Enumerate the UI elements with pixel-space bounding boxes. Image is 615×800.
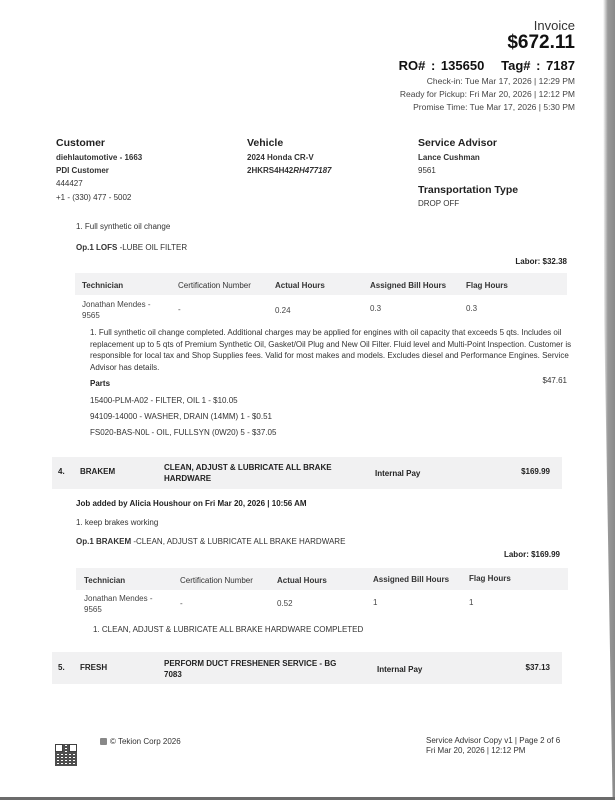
tekion-logo-icon (100, 738, 107, 745)
job4-operation: Op.1 BRAKEM -CLEAN, ADJUST & LUBRICATE A… (76, 537, 345, 546)
job3-assigned-bill-hours: 0.3 (370, 303, 381, 314)
footer-printed-time: Fri Mar 20, 2026 | 12:12 PM (426, 746, 525, 755)
job4-desc-line1: CLEAN, ADJUST & LUBRICATE ALL BRAKE (164, 462, 332, 473)
job4-number: 4. (58, 466, 65, 477)
job4-op-code: Op.1 BRAKEM (76, 537, 131, 546)
job4-technician-name: Jonathan Mendes - (84, 593, 153, 604)
job5-desc-line1: PERFORM DUCT FRESHENER SERVICE - BG (164, 658, 336, 669)
transportation-type-title: Transportation Type (418, 184, 518, 196)
job4-th-technician: Technician (84, 576, 125, 585)
customer-type: PDI Customer (56, 165, 142, 178)
job4-certification: - (180, 598, 183, 609)
promise-time: Promise Time: Tue Mar 17, 2026 | 5:30 PM (413, 102, 575, 112)
job4-op-desc: -CLEAN, ADJUST & LUBRICATE ALL BRAKE HAR… (131, 537, 345, 546)
job5-description: PERFORM DUCT FRESHENER SERVICE - BG 7083 (164, 658, 336, 680)
job3-parts-total: $47.61 (543, 376, 567, 385)
job5-code: FRESH (80, 662, 107, 673)
job3-certification: - (178, 304, 181, 315)
vehicle-section: Vehicle 2024 Honda CR-V 2HKRS4H42RH47718… (247, 137, 332, 177)
ro-tag-line: RO# : 135650 Tag# : 7187 (399, 58, 575, 73)
job3-actual-hours: 0.24 (275, 305, 291, 316)
job4-amount: $169.99 (521, 466, 550, 477)
job3-flag-hours: 0.3 (466, 303, 477, 314)
job4-story: 1. CLEAN, ADJUST & LUBRICATE ALL BRAKE H… (93, 625, 363, 634)
job4-th-actual-hours: Actual Hours (277, 576, 327, 585)
ready-for-pickup-time: Ready for Pickup: Fri Mar 20, 2026 | 12:… (400, 89, 575, 99)
invoice-label: Invoice (534, 18, 575, 33)
job3-th-certification: Certification Number (178, 281, 251, 290)
qr-code (55, 744, 77, 766)
vehicle-title: Vehicle (247, 137, 332, 149)
job4-row: 4. BRAKEM CLEAN, ADJUST & LUBRICATE ALL … (52, 457, 562, 489)
customer-section: Customer diehlautomotive - 1663 PDI Cust… (56, 137, 142, 204)
job3-technician-name: Jonathan Mendes - (82, 299, 151, 310)
job5-desc-line2: 7083 (164, 669, 336, 680)
job5-amount: $37.13 (526, 662, 550, 673)
job4-th-certification: Certification Number (180, 576, 253, 585)
job3-concern: 1. Full synthetic oil change (76, 222, 170, 231)
job4-th-flag-hours: Flag Hours (469, 574, 511, 583)
vin-prefix: 2HKRS4H42 (247, 166, 293, 175)
customer-phone: +1 - (330) 477 - 5002 (56, 192, 142, 205)
job3-op-desc: -LUBE OIL FILTER (117, 243, 187, 252)
customer-name: diehlautomotive - 1663 (56, 152, 142, 165)
job3-parts-title: Parts (90, 379, 110, 388)
vehicle-vin: 2HKRS4H42RH477187 (247, 165, 332, 178)
footer-copy-info: Service Advisor Copy v1 | Page 2 of 6 (426, 736, 560, 745)
customer-id: 444427 (56, 178, 142, 191)
job3-th-assigned-bill-hours: Assigned Bill Hours (370, 281, 446, 290)
job3-technician-id: 9565 (82, 310, 151, 321)
transportation-type-value: DROP OFF (418, 198, 518, 211)
check-in-time: Check-in: Tue Mar 17, 2026 | 12:29 PM (427, 76, 575, 86)
job3-th-actual-hours: Actual Hours (275, 281, 325, 290)
vehicle-model: 2024 Honda CR-V (247, 152, 332, 165)
job5-pay-type: Internal Pay (377, 664, 422, 675)
footer-copyright: © Tekion Corp 2026 (100, 737, 181, 746)
job5-number: 5. (58, 662, 65, 673)
job4-actual-hours: 0.52 (277, 598, 293, 609)
job4-code: BRAKEM (80, 466, 115, 477)
service-advisor-title: Service Advisor (418, 137, 518, 149)
job4-technician-id: 9565 (84, 604, 153, 615)
scan-edge-shadow (603, 0, 615, 800)
job4-labor: Labor: $169.99 (504, 550, 560, 559)
job4-added-by: Job added by Alicia Houshour on Fri Mar … (76, 499, 307, 508)
job5-row: 5. FRESH PERFORM DUCT FRESHENER SERVICE … (52, 652, 562, 684)
job4-desc-line2: HARDWARE (164, 473, 332, 484)
job3-operation: Op.1 LOFS -LUBE OIL FILTER (76, 243, 187, 252)
job4-th-assigned-bill-hours: Assigned Bill Hours (373, 575, 449, 584)
copyright-text: © Tekion Corp 2026 (110, 737, 181, 746)
job4-assigned-bill-hours: 1 (373, 597, 377, 608)
job3-th-technician: Technician (82, 281, 123, 290)
job3-op-code: Op.1 LOFS (76, 243, 117, 252)
customer-title: Customer (56, 137, 142, 149)
job3-technician: Jonathan Mendes - 9565 (82, 299, 151, 321)
service-advisor-id: 9561 (418, 165, 518, 178)
job4-technician: Jonathan Mendes - 9565 (84, 593, 153, 615)
job4-description: CLEAN, ADJUST & LUBRICATE ALL BRAKE HARD… (164, 462, 332, 484)
service-advisor-section: Service Advisor Lance Cushman 9561 Trans… (418, 137, 518, 211)
job3-part-2: 94109-14000 - WASHER, DRAIN (14MM) 1 - $… (90, 412, 272, 421)
job3-labor: Labor: $32.38 (515, 257, 567, 266)
job4-pay-type: Internal Pay (375, 468, 420, 479)
invoice-total: $672.11 (507, 32, 575, 54)
job3-story: 1. Full synthetic oil change completed. … (90, 327, 574, 373)
job3-part-3: FS020-BAS-N0L - OIL, FULLSYN (0W20) 5 - … (90, 428, 276, 437)
job4-concern: 1. keep brakes working (76, 518, 158, 527)
job3-th-flag-hours: Flag Hours (466, 281, 508, 290)
job3-part-1: 15400-PLM-A02 - FILTER, OIL 1 - $10.05 (90, 396, 238, 405)
vin-suffix: RH477187 (293, 166, 331, 175)
service-advisor-name: Lance Cushman (418, 152, 518, 165)
job4-flag-hours: 1 (469, 597, 473, 608)
